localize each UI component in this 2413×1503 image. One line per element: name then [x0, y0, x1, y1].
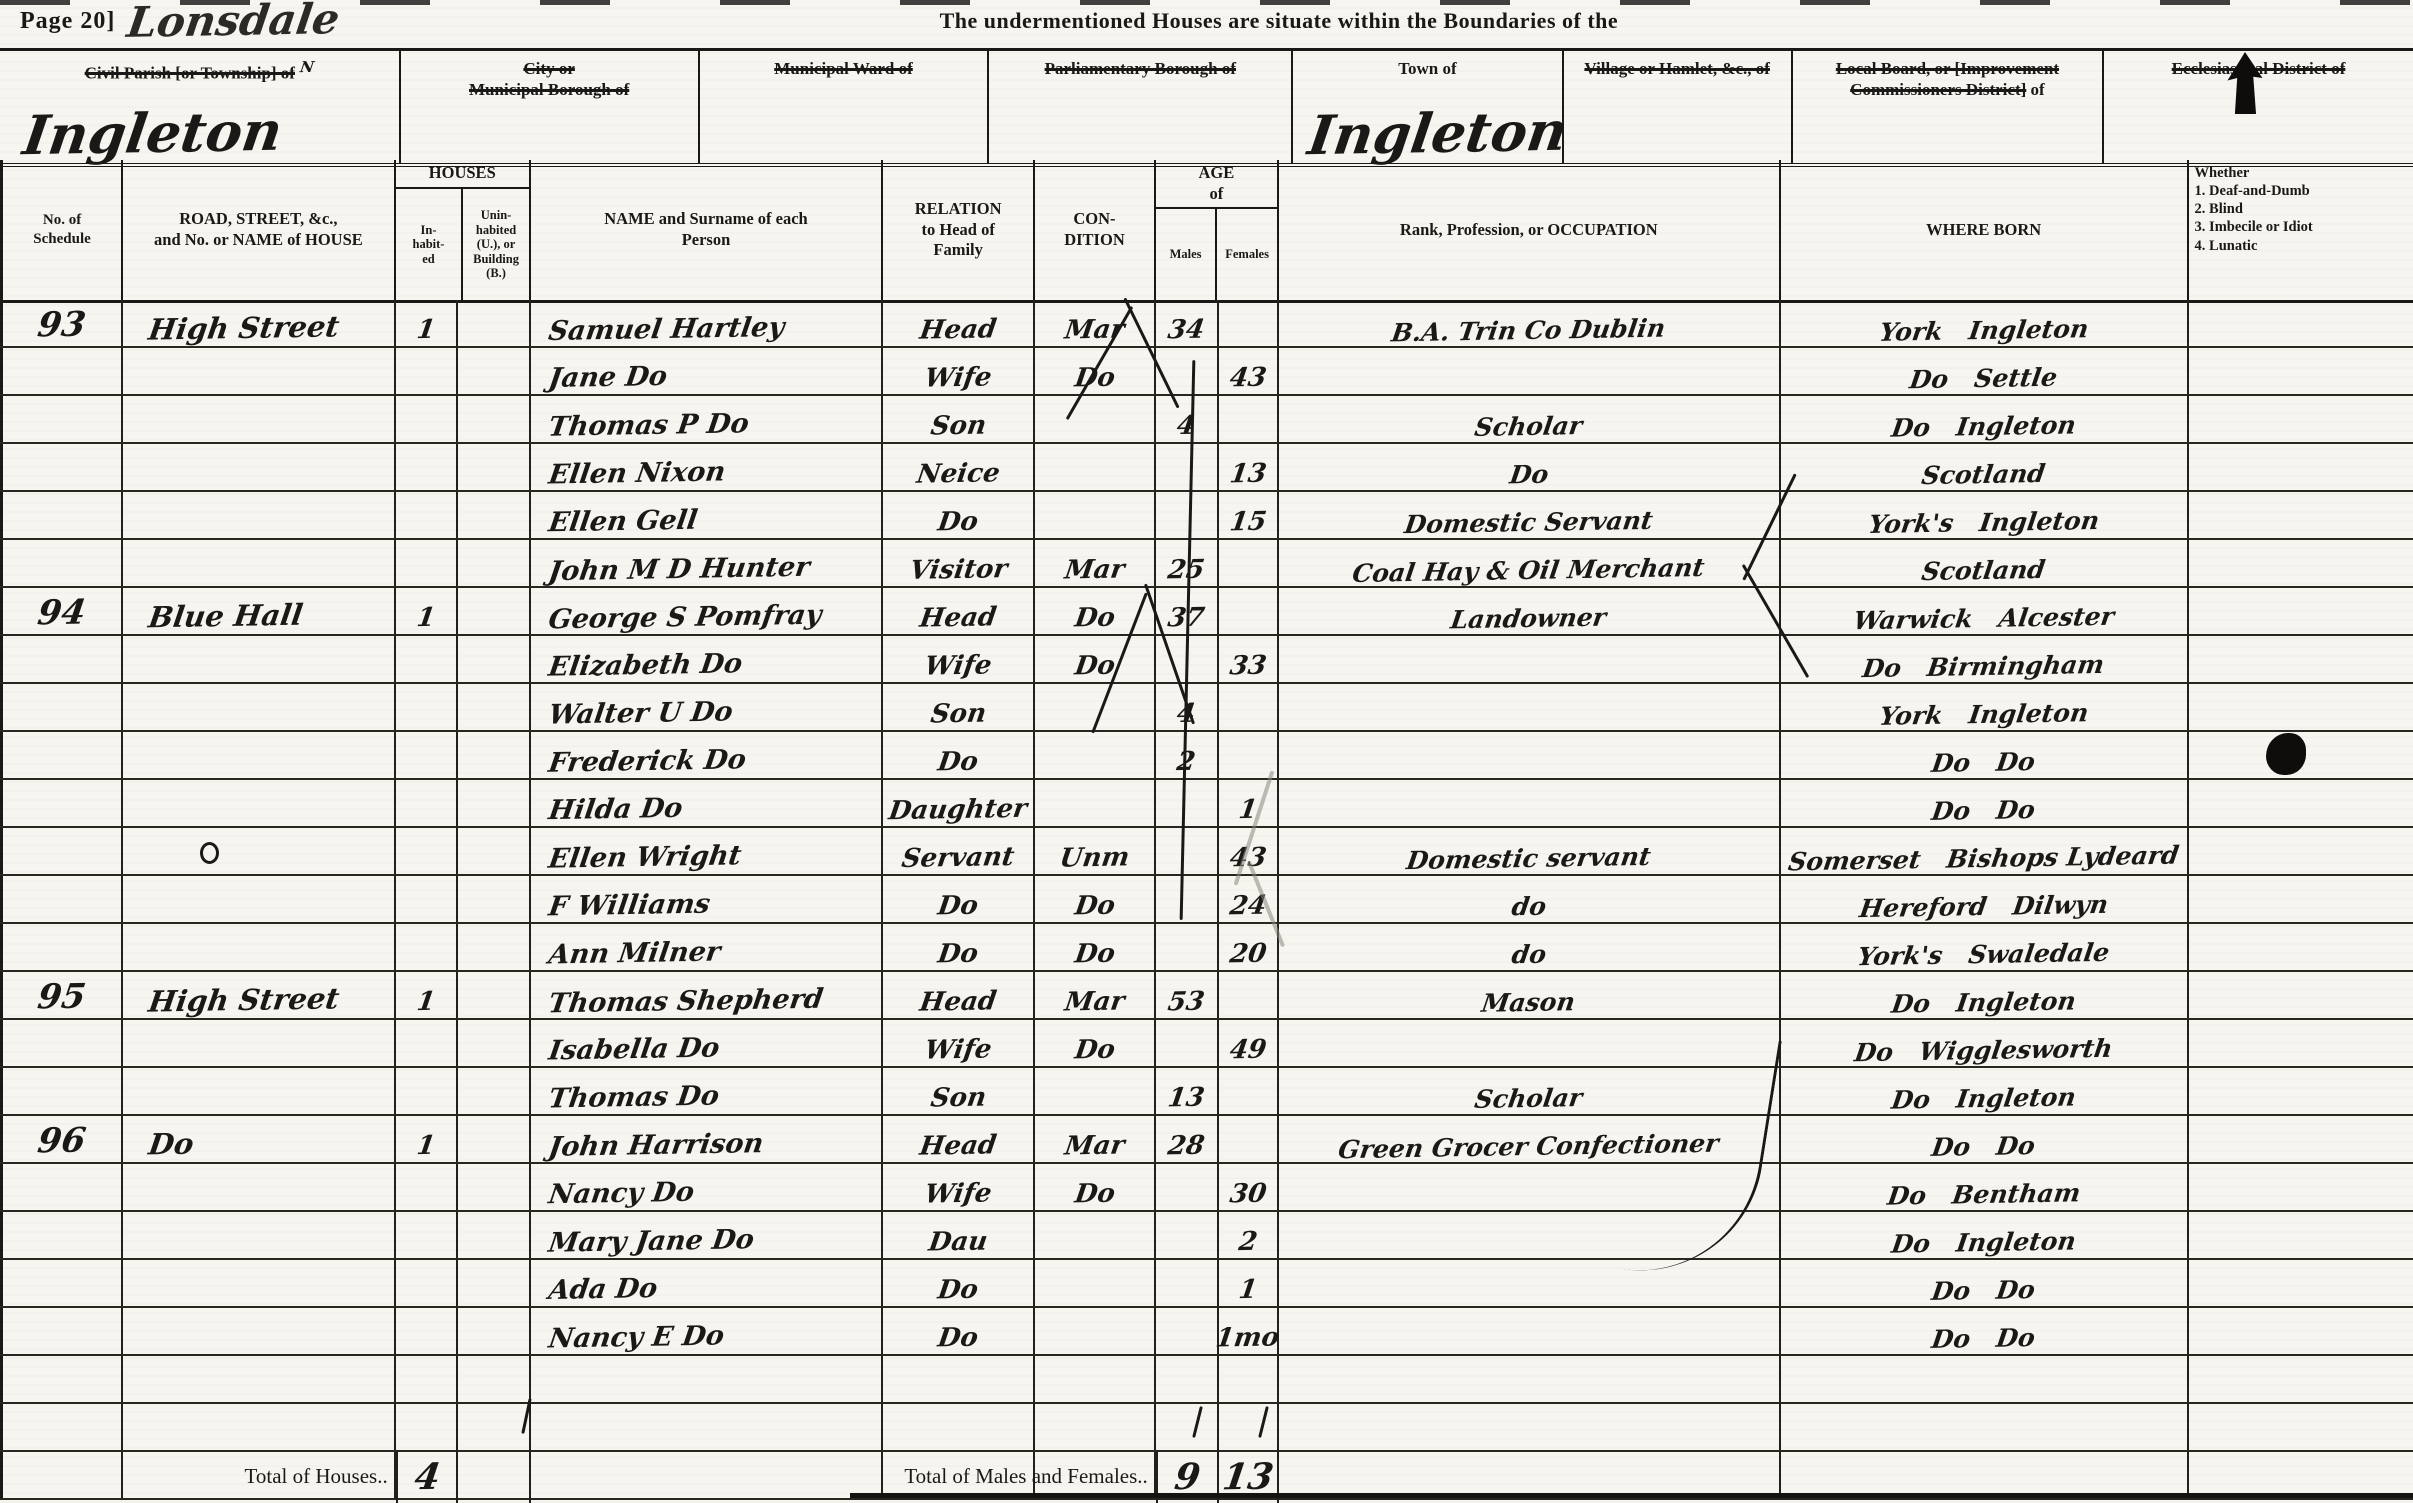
cell-infirmity	[2189, 1212, 2413, 1258]
cell-infirmity	[2189, 540, 2413, 586]
cell-schedule	[0, 924, 123, 970]
col-header-condition: CON- DITION	[1035, 160, 1156, 300]
cell-male	[1156, 876, 1219, 922]
boundary-value-handwritten: Ingleton	[19, 97, 287, 169]
cell-male	[1156, 1020, 1219, 1066]
cell-condition	[1035, 396, 1156, 442]
boundary-header: Civil Parish [or Township] of NIngletonC…	[0, 48, 2413, 167]
cell-schedule	[0, 636, 123, 682]
cell-infirmity	[2189, 1116, 2413, 1162]
table-row: Elizabeth DoWifeDo33Do Birmingham	[0, 636, 2413, 684]
cell-condition: Do	[1035, 1020, 1156, 1066]
cell-condition	[1035, 444, 1156, 490]
cell-female: 2	[1219, 1212, 1279, 1258]
cell-born: Scotland	[1781, 444, 2189, 490]
cell-male: 13	[1156, 1068, 1219, 1114]
cell-occupation: Mason	[1279, 972, 1781, 1018]
cell-schedule	[0, 1164, 123, 1210]
col-header-inhabited: In- habit- ed	[396, 189, 464, 300]
table-row: F WilliamsDoDo24doHereford Dilwyn	[0, 876, 2413, 924]
boundary-label: Municipal Ward of	[774, 59, 913, 78]
cell-inhabited	[396, 732, 459, 778]
cell-schedule	[0, 684, 123, 730]
cell-inhabited	[396, 1308, 459, 1354]
cell-schedule	[0, 540, 123, 586]
cell-inhabited	[396, 492, 459, 538]
cell-name: Nancy E Do	[531, 1308, 883, 1354]
cell-relation: Do	[883, 1308, 1035, 1354]
boundary-box: Parliamentary Borough of	[989, 51, 1293, 163]
cell-condition	[1035, 780, 1156, 826]
cell-occupation	[1279, 684, 1781, 730]
cell-female: 1	[1219, 780, 1279, 826]
boundary-box: Municipal Ward of	[700, 51, 990, 163]
cell-uninhabited	[458, 684, 530, 730]
cell-infirmity	[2189, 876, 2413, 922]
cell-road	[123, 1020, 396, 1066]
cell-uninhabited	[458, 780, 530, 826]
cell-inhabited	[396, 828, 459, 874]
cell-name: George S Pomfray	[531, 588, 883, 634]
cell-relation: Neice	[883, 444, 1035, 490]
cell-male	[1156, 924, 1219, 970]
cell-road: Blue Hall	[123, 588, 396, 634]
table-row: Ellen GellDo15Domestic ServantYork's Ing…	[0, 492, 2413, 540]
table-row: Nancy DoWifeDo30Do Bentham	[0, 1164, 2413, 1212]
boundary-label: City or	[523, 59, 574, 78]
cell-inhabited	[396, 1068, 459, 1114]
cell-male	[1156, 780, 1219, 826]
cell-occupation	[1279, 1404, 1781, 1450]
cell-uninhabited	[458, 1308, 530, 1354]
cell-relation: Do	[883, 924, 1035, 970]
cell-road: Do	[123, 1116, 396, 1162]
cell-condition	[1035, 732, 1156, 778]
boundary-label: Civil Parish [or Township] of	[85, 64, 295, 83]
cell-road	[123, 828, 396, 874]
cell-female: 43	[1219, 828, 1279, 874]
cell-road	[123, 1260, 396, 1306]
cell-road	[123, 396, 396, 442]
cell-infirmity	[2189, 1068, 2413, 1114]
cell-inhabited: 1	[396, 300, 459, 346]
cell-condition	[1035, 1404, 1156, 1450]
table-row: Nancy E DoDo1moDo Do	[0, 1308, 2413, 1356]
table-row: 93High Street1Samuel HartleyHeadMar34B.A…	[0, 300, 2413, 348]
cell-inhabited	[396, 684, 459, 730]
table-row	[0, 1356, 2413, 1404]
cell-inhabited: 1	[396, 1116, 459, 1162]
cell-occupation	[1279, 348, 1781, 394]
cell-inhabited	[396, 1356, 459, 1402]
cell-infirmity	[2189, 1020, 2413, 1066]
cell-occupation: Coal Hay & Oil Merchant	[1279, 540, 1781, 586]
cell-occupation: B.A. Trin Co Dublin	[1279, 300, 1781, 346]
cell-occupation	[1279, 1164, 1781, 1210]
cell-born: Do Settle	[1781, 348, 2189, 394]
cell-infirmity	[2189, 1164, 2413, 1210]
cell-born: Do Do	[1781, 780, 2189, 826]
cell-uninhabited	[458, 1116, 530, 1162]
cell-inhabited	[396, 1212, 459, 1258]
cell-condition	[1035, 1308, 1156, 1354]
cell-female	[1219, 396, 1279, 442]
table-row: 94Blue Hall1George S PomfrayHeadDo37Land…	[0, 588, 2413, 636]
cell-born: Do Do	[1781, 1116, 2189, 1162]
cell-male: 25	[1156, 540, 1219, 586]
cell-uninhabited	[458, 828, 530, 874]
cell-schedule	[0, 492, 123, 538]
cell-condition	[1035, 684, 1156, 730]
cell-inhabited	[396, 348, 459, 394]
cell-uninhabited	[458, 876, 530, 922]
cell-name: John Harrison	[531, 1116, 883, 1162]
cell-road	[123, 1356, 396, 1402]
table-row: Jane DoWifeDo43Do Settle	[0, 348, 2413, 396]
cell-male: 4	[1156, 684, 1219, 730]
cell-uninhabited	[458, 1068, 530, 1114]
cell-uninhabited	[458, 1212, 530, 1258]
cell-condition	[1035, 1260, 1156, 1306]
cell-male	[1156, 828, 1219, 874]
cell-infirmity	[2189, 780, 2413, 826]
cell-uninhabited	[458, 444, 530, 490]
cell-road	[123, 444, 396, 490]
cell-relation	[883, 1404, 1035, 1450]
cell-infirmity	[2189, 444, 2413, 490]
cell-inhabited	[396, 1020, 459, 1066]
col-header-infirmity: Whether 1. Deaf-and-Dumb 2. Blind 3. Imb…	[2189, 160, 2413, 300]
boundary-label: of	[2026, 80, 2044, 99]
cell-uninhabited	[458, 1164, 530, 1210]
cell-infirmity	[2189, 1308, 2413, 1354]
cell-relation: Son	[883, 1068, 1035, 1114]
cell-name: Ann Milner	[531, 924, 883, 970]
cell-born: Do Do	[1781, 732, 2189, 778]
cell-female	[1219, 732, 1279, 778]
cell-occupation: Scholar	[1279, 1068, 1781, 1114]
cell-road	[123, 492, 396, 538]
cell-name: Isabella Do	[531, 1020, 883, 1066]
table-row: Ellen WrightServantUnm43Domestic servant…	[0, 828, 2413, 876]
cell-uninhabited	[458, 348, 530, 394]
table-row: Hilda DoDaughter1Do Do	[0, 780, 2413, 828]
cell-condition: Do	[1035, 924, 1156, 970]
cell-name: Thomas Shepherd	[531, 972, 883, 1018]
cell-occupation	[1279, 780, 1781, 826]
cell-male	[1156, 1260, 1219, 1306]
cell-female	[1219, 1404, 1279, 1450]
cell-infirmity	[2189, 1260, 2413, 1306]
cell-road	[123, 780, 396, 826]
cell-male: 37	[1156, 588, 1219, 634]
col-header-schedule: No. of Schedule	[0, 160, 123, 300]
col-header-age-title: AGE of	[1156, 160, 1277, 209]
cell-female	[1219, 1356, 1279, 1402]
cell-road	[123, 1068, 396, 1114]
cell-inhabited	[396, 1404, 459, 1450]
boundary-label: Village or Hamlet, &c., of	[1584, 59, 1770, 78]
cell-infirmity	[2189, 636, 2413, 682]
census-sheet: Page 20] Lonsdale The undermentioned Hou…	[0, 0, 2413, 1503]
cell-schedule	[0, 1404, 123, 1450]
cell-female	[1219, 588, 1279, 634]
cell-relation: Son	[883, 396, 1035, 442]
cell-infirmity	[2189, 300, 2413, 346]
table-row: Thomas DoSon13ScholarDo Ingleton	[0, 1068, 2413, 1116]
cell-name	[531, 1404, 883, 1450]
cell-schedule: 93	[0, 300, 123, 346]
cell-inhabited	[396, 876, 459, 922]
cell-name: F Williams	[531, 876, 883, 922]
cell-inhabited	[396, 1260, 459, 1306]
cell-schedule	[0, 396, 123, 442]
cell-condition: Do	[1035, 588, 1156, 634]
cell-occupation: Scholar	[1279, 396, 1781, 442]
table-row	[0, 1404, 2413, 1452]
table-row: Frederick DoDo2Do Do	[0, 732, 2413, 780]
boundary-box: Ecclesiastical District of	[2104, 51, 2413, 163]
cell-male	[1156, 1308, 1219, 1354]
cell-born: Hereford Dilwyn	[1781, 876, 2189, 922]
col-header-uninhabited: Unin- habited (U.), or Building (B.)	[463, 189, 529, 300]
table-row: Thomas P DoSon4ScholarDo Ingleton	[0, 396, 2413, 444]
cell-female: 20	[1219, 924, 1279, 970]
table-header: No. of Schedule ROAD, STREET, &c., and N…	[0, 160, 2413, 303]
cell-occupation: Do	[1279, 444, 1781, 490]
cell-relation: Do	[883, 732, 1035, 778]
cell-born: York's Ingleton	[1781, 492, 2189, 538]
cell-condition: Do	[1035, 636, 1156, 682]
cell-relation: Head	[883, 1116, 1035, 1162]
cell-condition: Do	[1035, 348, 1156, 394]
ink-mark	[200, 842, 219, 864]
handwritten-mark: N	[294, 58, 316, 77]
cell-name: Thomas Do	[531, 1068, 883, 1114]
cell-female	[1219, 1116, 1279, 1162]
cell-name: Elizabeth Do	[531, 636, 883, 682]
cell-occupation	[1279, 732, 1781, 778]
cell-relation: Head	[883, 300, 1035, 346]
col-header-houses-title: HOUSES	[396, 160, 529, 189]
cell-male	[1156, 1356, 1219, 1402]
cell-infirmity	[2189, 492, 2413, 538]
cell-name: Ellen Wright	[531, 828, 883, 874]
table-row: Ada DoDo1Do Do	[0, 1260, 2413, 1308]
cell-condition	[1035, 1068, 1156, 1114]
cell-road	[123, 540, 396, 586]
cell-schedule	[0, 732, 123, 778]
cell-infirmity	[2189, 1356, 2413, 1402]
cell-female	[1219, 684, 1279, 730]
cell-condition	[1035, 1356, 1156, 1402]
cell-occupation: do	[1279, 924, 1781, 970]
cell-schedule: 95	[0, 972, 123, 1018]
table-row: Walter U DoSon4York Ingleton	[0, 684, 2413, 732]
col-header-occupation: Rank, Profession, or OCCUPATION	[1279, 160, 1781, 300]
cell-relation	[883, 1356, 1035, 1402]
cell-name: Nancy Do	[531, 1164, 883, 1210]
cell-male	[1156, 492, 1219, 538]
cell-road	[123, 1308, 396, 1354]
cell-road	[123, 348, 396, 394]
col-header-relation: RELATION to Head of Family	[883, 160, 1035, 300]
cell-occupation: Domestic servant	[1279, 828, 1781, 874]
cell-born: Do Ingleton	[1781, 1068, 2189, 1114]
cell-male: 4	[1156, 396, 1219, 442]
cell-female: 49	[1219, 1020, 1279, 1066]
page-header: Page 20] Lonsdale The undermentioned Hou…	[0, 0, 2413, 48]
cell-inhabited	[396, 540, 459, 586]
cell-uninhabited	[458, 396, 530, 442]
cell-female: 24	[1219, 876, 1279, 922]
cell-male: 53	[1156, 972, 1219, 1018]
col-header-age: AGE of Males Females	[1156, 160, 1279, 300]
cell-condition: Do	[1035, 876, 1156, 922]
cell-born: Do Ingleton	[1781, 1212, 2189, 1258]
cell-female: 15	[1219, 492, 1279, 538]
cell-relation: Wife	[883, 348, 1035, 394]
cell-road	[123, 924, 396, 970]
cell-condition	[1035, 1212, 1156, 1258]
cell-schedule	[0, 1212, 123, 1258]
cell-relation: Do	[883, 1260, 1035, 1306]
cell-schedule	[0, 1068, 123, 1114]
boundary-label: Parliamentary Borough of	[1045, 59, 1236, 78]
cell-relation: Head	[883, 588, 1035, 634]
cell-uninhabited	[458, 924, 530, 970]
cell-relation: Wife	[883, 1020, 1035, 1066]
cell-inhabited	[396, 444, 459, 490]
cell-relation: Son	[883, 684, 1035, 730]
cell-uninhabited	[458, 636, 530, 682]
cell-relation: Head	[883, 972, 1035, 1018]
boundary-value-handwritten: Ingleton	[1304, 97, 1572, 169]
cell-relation: Do	[883, 876, 1035, 922]
cell-female	[1219, 972, 1279, 1018]
col-header-born: WHERE BORN	[1781, 160, 2189, 300]
boundary-label: Municipal Borough of	[469, 80, 629, 99]
cell-born: Do Do	[1781, 1308, 2189, 1354]
cell-road: High Street	[123, 300, 396, 346]
cell-relation: Servant	[883, 828, 1035, 874]
cell-occupation	[1279, 1260, 1781, 1306]
cell-condition: Mar	[1035, 540, 1156, 586]
cell-uninhabited	[458, 972, 530, 1018]
cell-road	[123, 636, 396, 682]
cell-female: 33	[1219, 636, 1279, 682]
cell-schedule	[0, 1308, 123, 1354]
cell-born	[1781, 1356, 2189, 1402]
cell-schedule	[0, 828, 123, 874]
col-header-houses: HOUSES In- habit- ed Unin- habited (U.),…	[396, 160, 531, 300]
cell-inhabited	[396, 924, 459, 970]
table-row: Ann MilnerDoDo20doYork's Swaledale	[0, 924, 2413, 972]
cell-road	[123, 1164, 396, 1210]
cell-name: Frederick Do	[531, 732, 883, 778]
cell-uninhabited	[458, 588, 530, 634]
table-row: 96Do1John HarrisonHeadMar28Green Grocer …	[0, 1116, 2413, 1164]
total-houses-value: 4	[396, 1450, 459, 1503]
cell-female: 43	[1219, 348, 1279, 394]
cell-born: Do Ingleton	[1781, 972, 2189, 1018]
cell-infirmity	[2189, 828, 2413, 874]
cell-name: Mary Jane Do	[531, 1212, 883, 1258]
cell-condition: Do	[1035, 1164, 1156, 1210]
cell-male	[1156, 444, 1219, 490]
cell-female: 13	[1219, 444, 1279, 490]
scan-edge-artifact	[850, 1493, 2413, 1498]
cell-relation: Visitor	[883, 540, 1035, 586]
cell-schedule	[0, 444, 123, 490]
cell-born: York Ingleton	[1781, 300, 2189, 346]
cell-schedule	[0, 348, 123, 394]
cell-uninhabited	[458, 732, 530, 778]
cell-male	[1156, 1212, 1219, 1258]
cell-occupation: Green Grocer Confectioner	[1279, 1116, 1781, 1162]
cell-born	[1781, 1404, 2189, 1450]
cell-relation: Wife	[883, 636, 1035, 682]
cell-inhabited	[396, 396, 459, 442]
cell-occupation: Domestic Servant	[1279, 492, 1781, 538]
cell-name: Hilda Do	[531, 780, 883, 826]
cell-infirmity	[2189, 348, 2413, 394]
cell-occupation	[1279, 1356, 1781, 1402]
cell-born: Scotland	[1781, 540, 2189, 586]
cell-born: Somerset Bishops Lydeard	[1781, 828, 2189, 874]
boundary-label: Commissioners District]	[1850, 80, 2026, 99]
boundary-box: City orMunicipal Borough of	[401, 51, 700, 163]
cell-road	[123, 732, 396, 778]
cell-born: York's Swaledale	[1781, 924, 2189, 970]
cell-inhabited	[396, 636, 459, 682]
cell-born: Do Birmingham	[1781, 636, 2189, 682]
col-header-males: Males	[1156, 209, 1218, 300]
cell-condition: Unm	[1035, 828, 1156, 874]
cell-infirmity	[2189, 972, 2413, 1018]
cell-inhabited: 1	[396, 972, 459, 1018]
table-row: Mary Jane DoDau2Do Ingleton	[0, 1212, 2413, 1260]
page-title: The undermentioned Houses are situate wi…	[940, 8, 1619, 34]
cell-condition: Mar	[1035, 300, 1156, 346]
cell-road	[123, 684, 396, 730]
cell-condition	[1035, 492, 1156, 538]
cell-name: Thomas P Do	[531, 396, 883, 442]
cell-relation: Dau	[883, 1212, 1035, 1258]
cell-male	[1156, 1164, 1219, 1210]
cell-male	[1156, 1404, 1219, 1450]
cell-relation: Wife	[883, 1164, 1035, 1210]
boundary-box: Local Board, or [ImprovementCommissioner…	[1793, 51, 2104, 163]
cell-uninhabited	[458, 1020, 530, 1066]
cell-schedule	[0, 1020, 123, 1066]
cell-condition: Mar	[1035, 1116, 1156, 1162]
cell-infirmity	[2189, 684, 2413, 730]
cell-name: Ellen Nixon	[531, 444, 883, 490]
cell-schedule	[0, 780, 123, 826]
cell-uninhabited	[458, 1404, 530, 1450]
cell-uninhabited	[458, 1260, 530, 1306]
cell-uninhabited	[458, 492, 530, 538]
cell-road: High Street	[123, 972, 396, 1018]
page-number: Page 20]	[20, 8, 115, 35]
boundary-label: Local Board, or [Improvement	[1836, 59, 2059, 78]
cell-female: 1mo	[1219, 1308, 1279, 1354]
cell-road	[123, 876, 396, 922]
cell-male	[1156, 636, 1219, 682]
cell-occupation	[1279, 636, 1781, 682]
table-row: Ellen NixonNeice13DoScotland	[0, 444, 2413, 492]
